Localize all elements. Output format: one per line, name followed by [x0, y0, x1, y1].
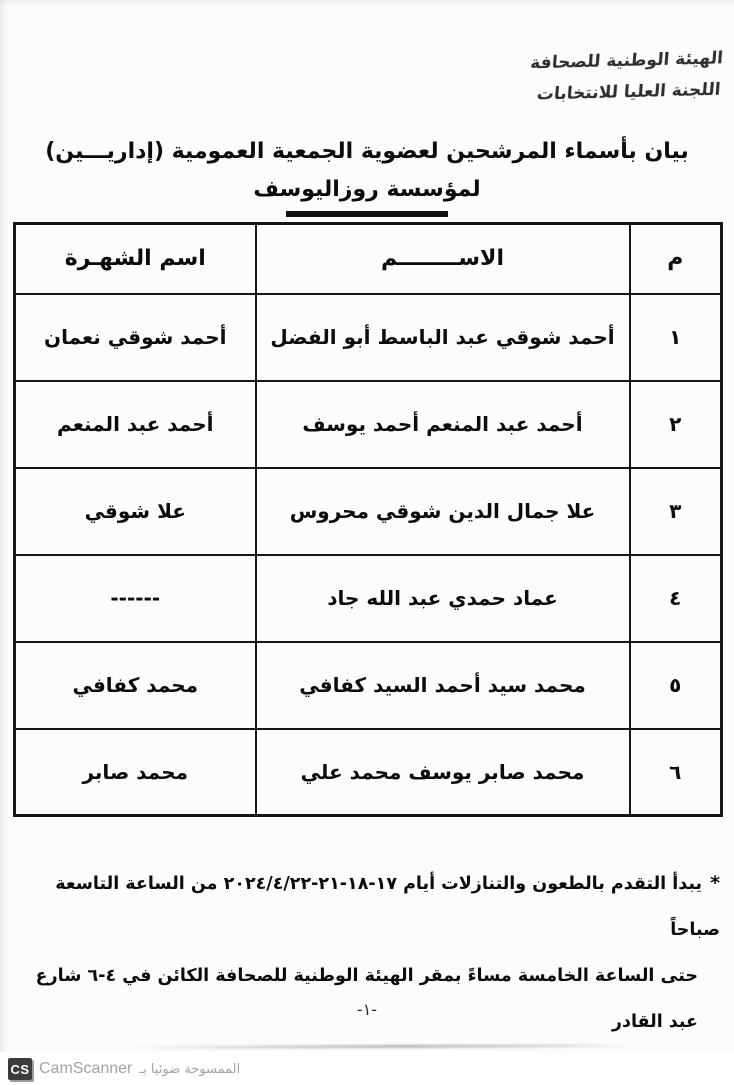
footnote-text-before-dates: يبدأ التقدم بالطعون والتنازلات أيام [397, 874, 702, 894]
table-row: ٢ أحمد عبد المنعم أحمد يوسف أحمد عبد الم… [15, 381, 722, 468]
cell-number: ٦ [630, 729, 722, 816]
cell-alias: ------ [15, 555, 256, 642]
table-row: ٣ علا جمال الدين شوقي محروس علا شوقي [15, 468, 722, 555]
stamp-line-committee: اللجنة العليا للانتخابات [527, 74, 722, 110]
table-header-row: م الاســــــــم اسم الشهـرة [15, 224, 722, 294]
cell-number: ٢ [630, 381, 722, 468]
cell-full-name: أحمد عبد المنعم أحمد يوسف [256, 381, 630, 468]
cell-full-name: محمد سيد أحمد السيد كفافي [256, 642, 630, 729]
cell-alias: محمد كفافي [15, 642, 256, 729]
document-title: بيان بأسماء المرشحين لعضوية الجمعية العم… [0, 139, 734, 164]
candidates-table: م الاســــــــم اسم الشهـرة ١ أحمد شوقي … [13, 222, 723, 817]
subtitle-underline [286, 211, 448, 217]
scanned-with-text: الممسوحة ضوئيا بـ [139, 1062, 240, 1077]
cell-full-name: أحمد شوقي عبد الباسط أبو الفضل [256, 294, 630, 381]
cell-alias: أحمد شوقي نعمان [15, 294, 256, 381]
page-number: -١- [0, 1000, 734, 1019]
cell-full-name: علا جمال الدين شوقي محروس [256, 468, 630, 555]
table-row: ٦ محمد صابر يوسف محمد علي محمد صابر [15, 729, 722, 816]
header-stamp-handwriting: الهيئة الوطنية للصحافة اللجنة العليا للا… [527, 43, 725, 110]
footnote-asterisk: * [702, 872, 720, 894]
cell-full-name: محمد صابر يوسف محمد علي [256, 729, 630, 816]
footnote-line-1: *يبدأ التقدم بالطعون والتنازلات أيام ٢٠٢… [22, 860, 720, 953]
camscanner-brand-text: CamScanner [39, 1060, 132, 1078]
camscanner-footer: CS CamScanner الممسوحة ضوئيا بـ [8, 1058, 240, 1080]
cell-number: ١ [630, 294, 722, 381]
camscanner-logo-icon: CS [8, 1058, 32, 1080]
cell-alias: علا شوقي [15, 468, 256, 555]
document-subtitle: لمؤسسة روزاليوسف [0, 177, 734, 202]
header-full-name: الاســــــــم [256, 224, 630, 294]
cell-alias: أحمد عبد المنعم [15, 381, 256, 468]
table-row: ٥ محمد سيد أحمد السيد كفافي محمد كفافي [15, 642, 722, 729]
table-row: ١ أحمد شوقي عبد الباسط أبو الفضل أحمد شو… [15, 294, 722, 381]
cell-alias: محمد صابر [15, 729, 256, 816]
cell-number: ٣ [630, 468, 722, 555]
scanned-document-page: الهيئة الوطنية للصحافة اللجنة العليا للا… [0, 0, 734, 1085]
footnote-line-2: حتى الساعة الخامسة مساءً بمقر الهيئة الو… [22, 953, 720, 1045]
cell-number: ٥ [630, 642, 722, 729]
cell-full-name: عماد حمدي عبد الله جاد [256, 555, 630, 642]
footnote-dates: ٢٠٢٤/٤/٢٢-٢١-١٨-١٧ [224, 874, 397, 894]
cell-number: ٤ [630, 555, 722, 642]
header-number: م [630, 224, 722, 294]
header-alias: اسم الشهـرة [15, 224, 256, 294]
table-row: ٤ عماد حمدي عبد الله جاد ------ [15, 555, 722, 642]
stamp-line-authority: الهيئة الوطنية للصحافة [529, 43, 724, 79]
